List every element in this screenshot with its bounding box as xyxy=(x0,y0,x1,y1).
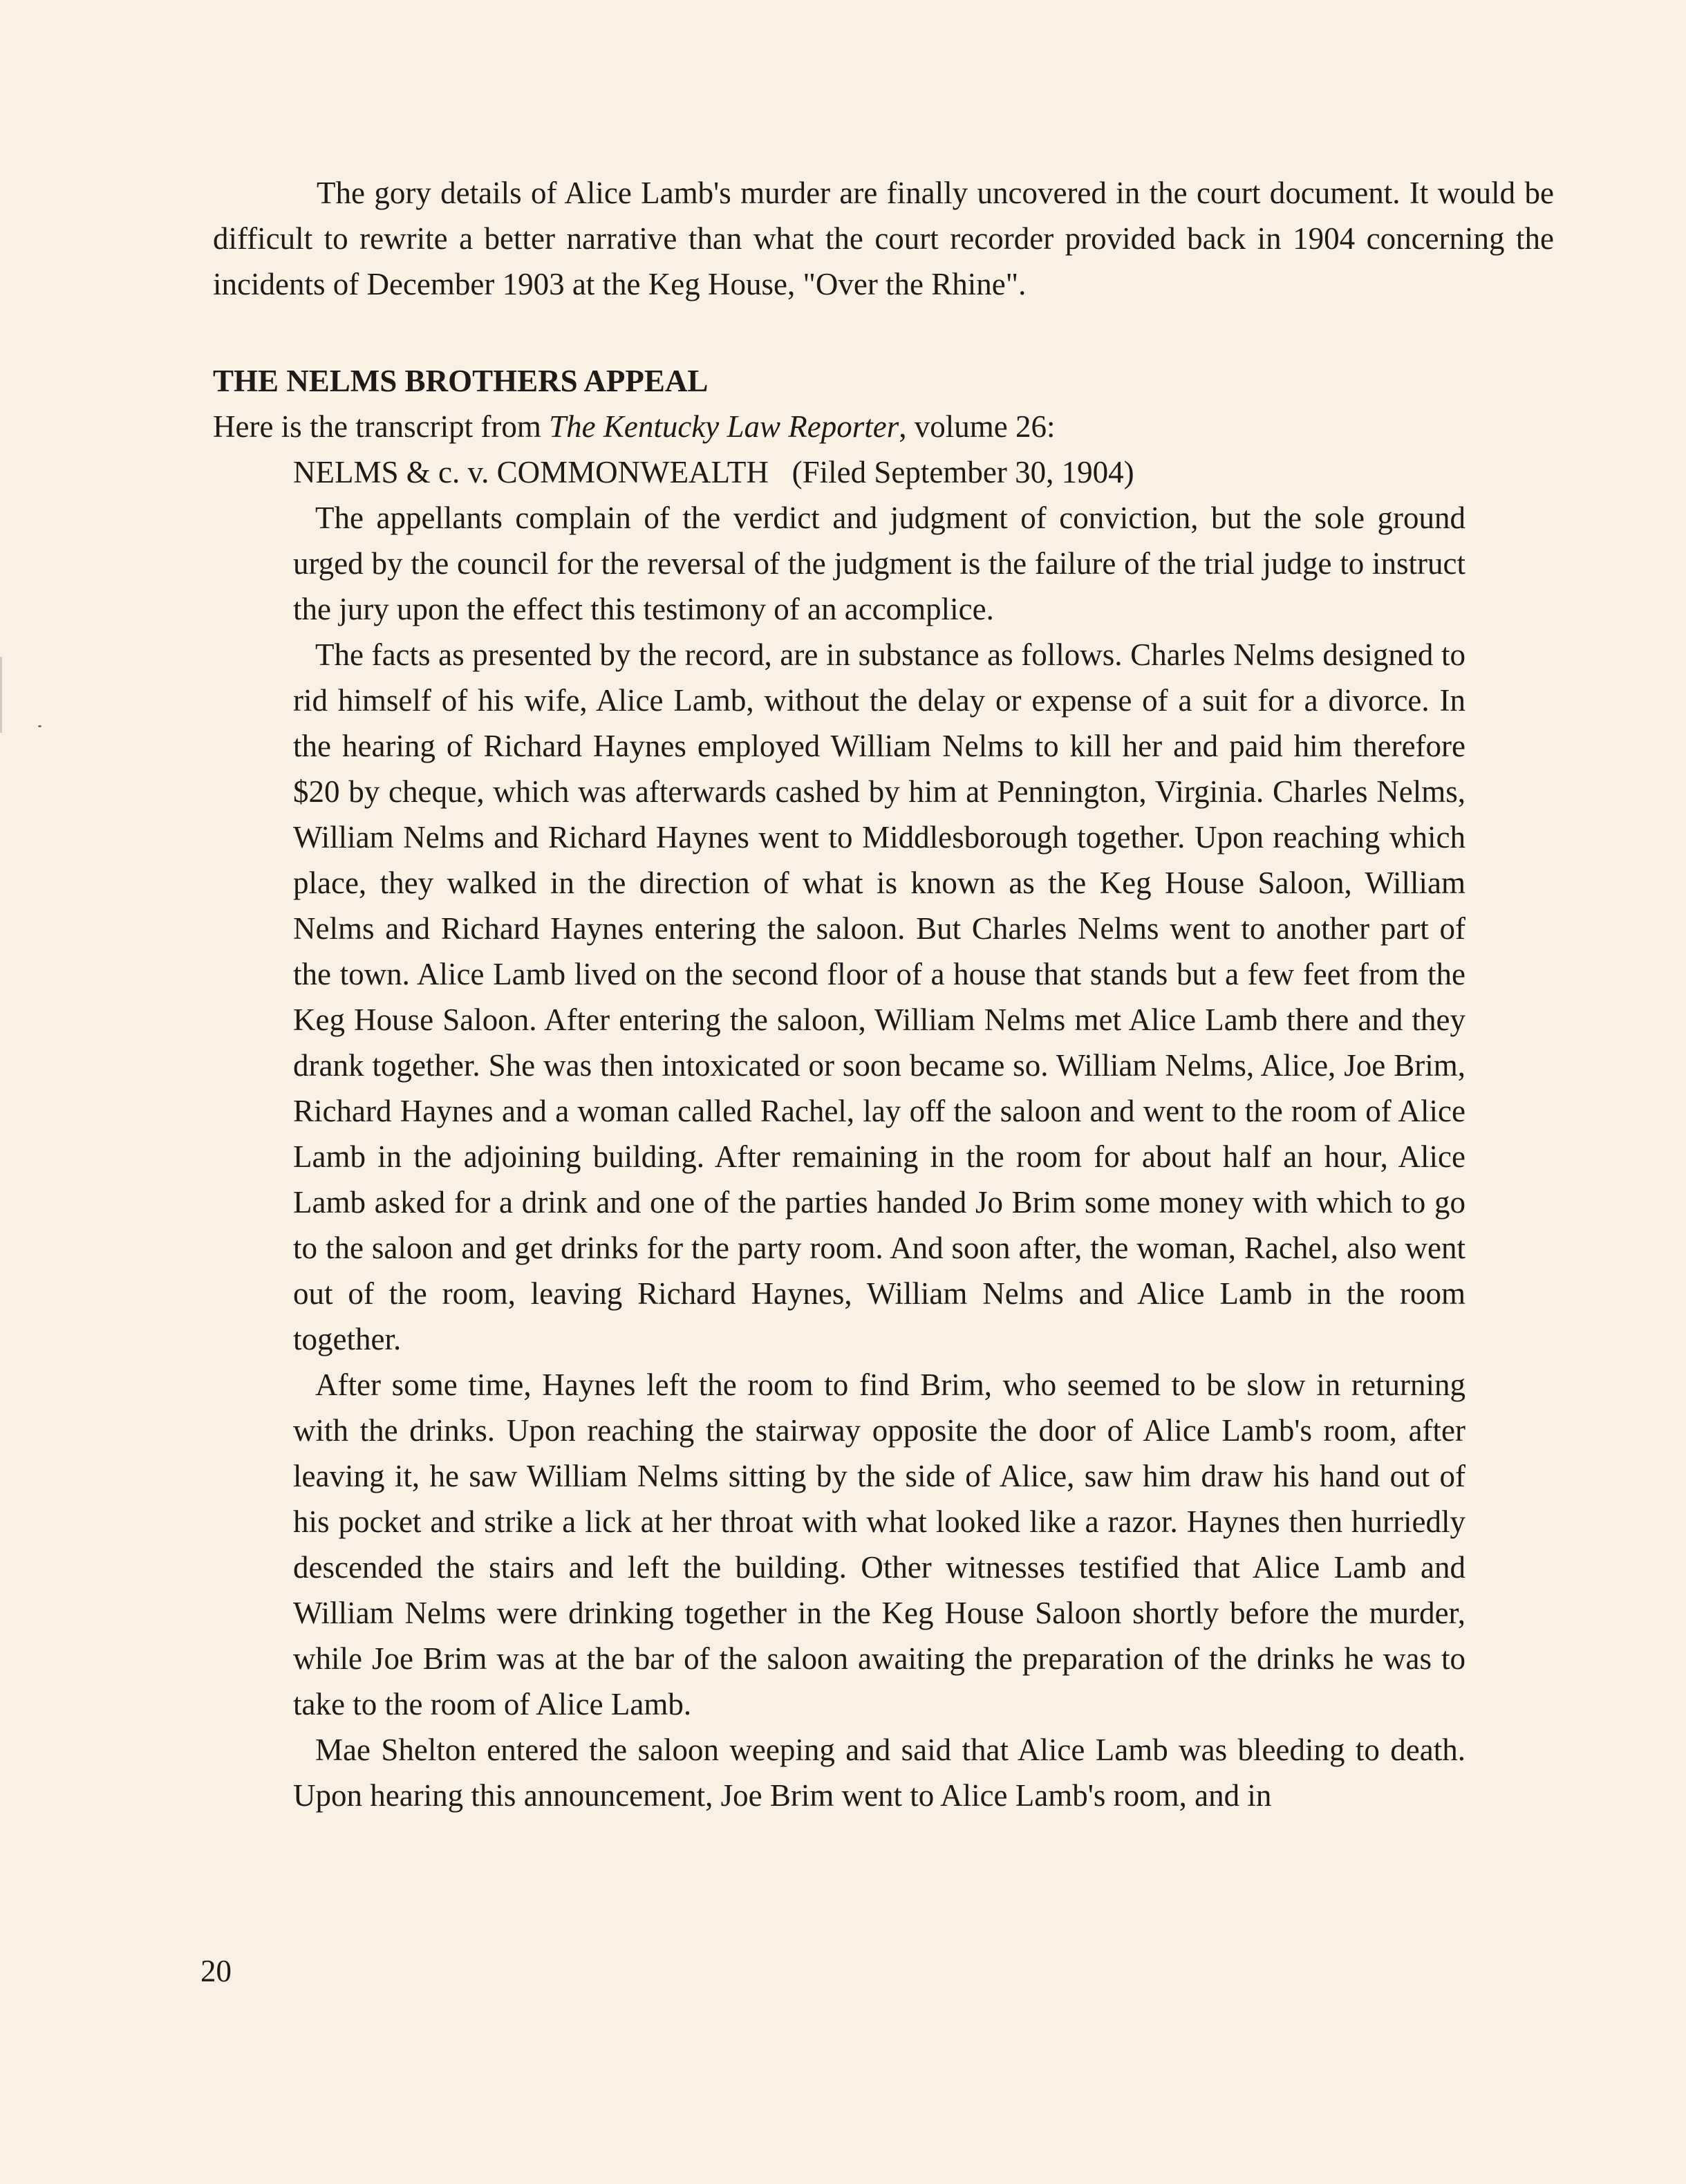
source-suffix: , volume 26: xyxy=(899,409,1055,444)
case-title: NELMS & c. v. COMMONWEALTH (Filed Septem… xyxy=(293,449,1134,495)
transcript-paragraph: After some time, Haynes left the room to… xyxy=(293,1362,1465,1727)
intro-paragraph: The gory details of Alice Lamb's murder … xyxy=(213,170,1554,307)
source-prefix: Here is the transcript from xyxy=(213,409,549,444)
paper-speck xyxy=(38,725,41,727)
transcript-paragraph: The facts as presented by the record, ar… xyxy=(293,632,1465,1362)
document-page: The gory details of Alice Lamb's murder … xyxy=(0,0,1686,2184)
transcript-body: The appellants complain of the verdict a… xyxy=(293,495,1465,1818)
transcript-paragraph: The appellants complain of the verdict a… xyxy=(293,495,1465,632)
page-number: 20 xyxy=(200,1948,232,1994)
source-citation: Here is the transcript from The Kentucky… xyxy=(213,404,1056,449)
scan-edge-mark xyxy=(0,657,2,733)
section-heading: THE NELMS BROTHERS APPEAL xyxy=(213,358,708,404)
source-publication-title: The Kentucky Law Reporter xyxy=(549,409,899,444)
transcript-paragraph: Mae Shelton entered the saloon weeping a… xyxy=(293,1727,1465,1818)
